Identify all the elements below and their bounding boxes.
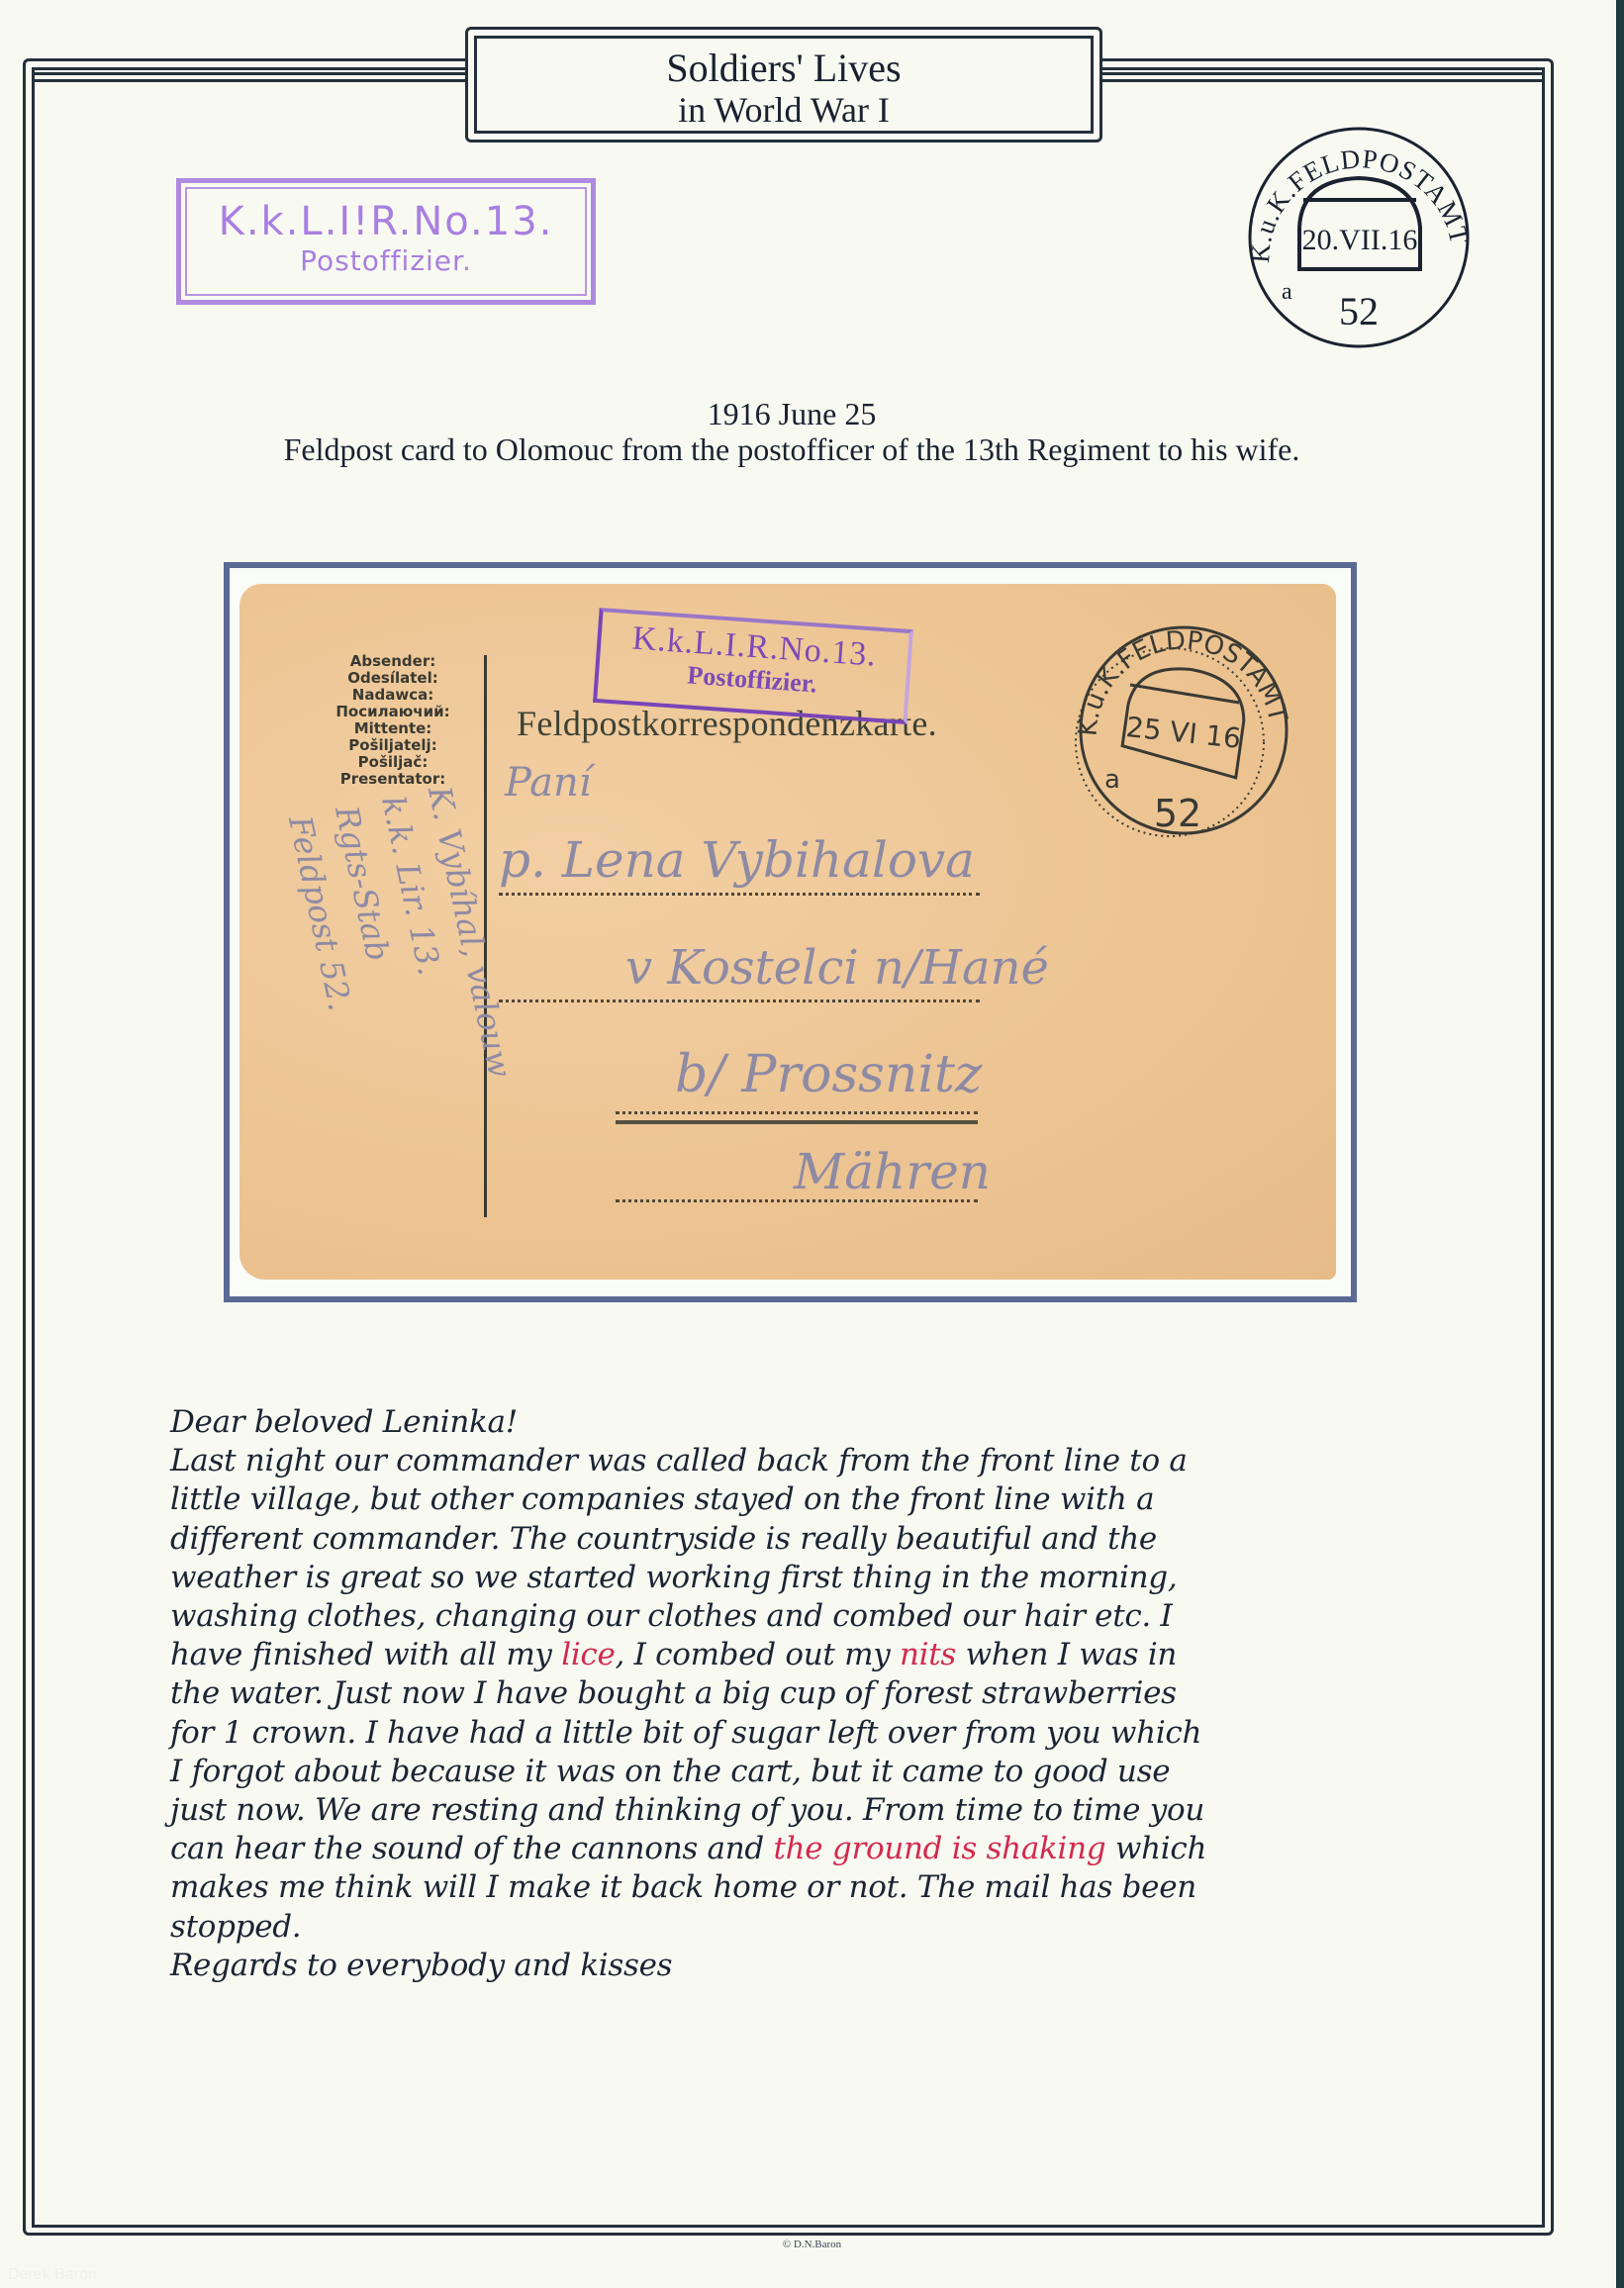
title-rule-right-2 (1100, 79, 1545, 82)
address-handwriting-1: Paní (505, 760, 592, 806)
sender-label: Pošiljatelj: (319, 737, 467, 754)
copyright: © D.N.Baron (0, 2239, 1624, 2250)
letter-text: have finished with all my (170, 1637, 561, 1672)
sender-label: Nadawca: (319, 687, 467, 704)
sender-label: Absender: (319, 653, 467, 670)
caption-description: Feldpost card to Olomouc from the postof… (99, 431, 1484, 468)
letter-line: weather is great so we started working f… (170, 1559, 1457, 1597)
letter-text: can hear the sound of the cannons and (170, 1831, 773, 1866)
letter-text: for 1 crown. I have had a little bit of … (170, 1715, 1201, 1751)
watermark: Derek Baron (8, 2266, 97, 2284)
address-handwriting-4: b/ Prossnitz (675, 1045, 982, 1104)
sender-labels: Absender:Odesílatel:Nadawca:Посилаючий:M… (319, 653, 467, 788)
page-title: Soldiers' Lives (477, 47, 1091, 90)
title-rule-right (1100, 72, 1545, 75)
letter-text: I forgot about because it was on the car… (170, 1754, 1170, 1789)
letter-line: have finished with all my lice, I combed… (170, 1636, 1457, 1674)
page-subtitle: in World War I (477, 90, 1091, 130)
letter-line: just now. We are resting and thinking of… (170, 1791, 1457, 1830)
title-box: Soldiers' Lives in World War I (465, 27, 1102, 143)
address-line-1 (499, 893, 980, 896)
letter-line: I forgot about because it was on the car… (170, 1753, 1457, 1791)
sender-label: Odesílatel: (319, 670, 467, 687)
address-handwriting-5: Mähren (794, 1143, 991, 1200)
letter-line: Last night our commander was called back… (170, 1442, 1457, 1480)
letter-line: can hear the sound of the cannons and th… (170, 1830, 1457, 1868)
letter-text: when I was in (956, 1637, 1177, 1672)
letter-text: washing clothes, changing our clothes an… (170, 1598, 1172, 1634)
letter-line: the water. Just now I have bought a big … (170, 1674, 1457, 1713)
address-handwriting-2: p. Lena Vybihalova (499, 831, 975, 889)
sender-label: Mittente: (319, 720, 467, 737)
cachet-regiment: K.k.L.I!R.No.13. (181, 199, 591, 244)
title-box-inner: Soldiers' Lives in World War I (474, 36, 1094, 134)
sender-label: Посилаючий: (319, 704, 467, 720)
postmark-number: 52 (1339, 289, 1379, 334)
letter-text: Regards to everybody and kisses (170, 1948, 672, 1983)
letter-text: different commander. The countryside is … (170, 1521, 1157, 1557)
letter-text: little village, but other companies stay… (170, 1481, 1154, 1517)
letter-text: stopped. (170, 1909, 301, 1945)
letter-text: makes me think will I make it back home … (170, 1869, 1196, 1905)
postmark-date: 20.VII.16 (1302, 224, 1418, 256)
postmark-letter: a (1282, 279, 1292, 305)
caption-date: 1916 June 25 (99, 396, 1484, 432)
address-line-2 (499, 1000, 980, 1002)
letter-text: the water. Just now I have bought a big … (170, 1675, 1177, 1711)
feldpost-card: Absender:Odesílatel:Nadawca:Посилаючий:M… (239, 584, 1336, 1280)
letter-text: Last night our commander was called back… (170, 1443, 1188, 1478)
regiment-cachet: K.k.L.I!R.No.13. Postoffizier. (176, 178, 596, 305)
title-rule-left-2 (32, 79, 467, 82)
sender-label: Pošiljač: (319, 754, 467, 771)
letter-text: just now. We are resting and thinking of… (170, 1792, 1204, 1828)
cachet-postoffizier: Postoffizier. (181, 244, 591, 278)
feldpostamt-postmark: K.u.K.FELDPOSTAMT 20.VII.16 a 52 (1232, 121, 1480, 354)
scan-edge (1616, 0, 1624, 2288)
card-postmark: K.u.K.FELDPOSTAMT 25 VI 16 a 52 (1061, 614, 1298, 846)
letter-line: for 1 crown. I have had a little bit of … (170, 1714, 1457, 1753)
letter-line: washing clothes, changing our clothes an… (170, 1597, 1457, 1636)
title-rule-left (32, 72, 467, 75)
address-line-3 (616, 1111, 978, 1114)
highlighted-phrase: the ground is shaking (773, 1831, 1105, 1866)
letter-line: Dear beloved Leninka! (170, 1403, 1457, 1442)
card-postmark-number: 52 (1154, 792, 1201, 835)
letter-line: Regards to everybody and kisses (170, 1947, 1457, 1985)
address-rule (616, 1120, 978, 1124)
card-postmark-date: 25 VI 16 (1124, 711, 1242, 755)
address-handwriting-3: v Kostelci n/Hané (625, 940, 1049, 996)
letter-text: which (1105, 1831, 1206, 1866)
highlighted-phrase: lice (561, 1637, 615, 1672)
letter-line: makes me think will I make it back home … (170, 1868, 1457, 1907)
card-postmark-letter: a (1104, 765, 1120, 795)
letter-line: stopped. (170, 1908, 1457, 1947)
letter-transcription: Dear beloved Leninka!Last night our comm… (170, 1403, 1457, 1985)
highlighted-phrase: nits (900, 1637, 956, 1672)
letter-text: , I combed out my (616, 1637, 900, 1672)
letter-line: different commander. The countryside is … (170, 1520, 1457, 1559)
letter-line: little village, but other companies stay… (170, 1480, 1457, 1519)
letter-text: Dear beloved Leninka! (170, 1404, 518, 1440)
letter-text: weather is great so we started working f… (170, 1560, 1177, 1595)
